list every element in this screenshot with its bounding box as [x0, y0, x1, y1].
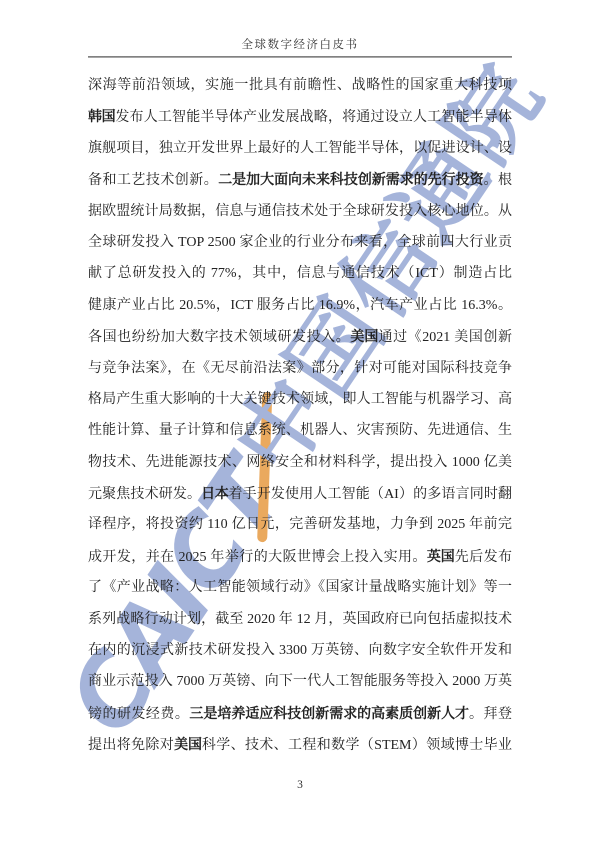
body-line: 旗舰项目，独立开发世界上最好的人工智能半导体，以促进设计、设 — [88, 133, 512, 164]
text-run: 英国 — [427, 548, 455, 564]
text-run: 献了总研发投入的 77%，其中，信息与通信技术（ICT）制造占比 23%， — [88, 266, 512, 289]
text-run: 镑的研发经费。 — [88, 707, 189, 722]
page-footer: 3 — [0, 779, 600, 791]
text-run: 深海等前沿领域，实施一批具有前瞻性、战略性的国家重大科技项目。 — [88, 78, 512, 101]
text-run: 据欧盟统计局数据，信息与通信技术处于全球研发投入核心地位。从 — [88, 204, 512, 219]
body-line: 格局产生重大影响的十大关键技术领域，即人工智能与机器学习、高 — [88, 384, 512, 415]
text-run: 与竞争法案》，在《无尽前沿法案》部分，针对可能对国际科技竞争 — [88, 361, 512, 376]
text-run: 各国也纷纷加大数字技术领域研发投入。 — [88, 330, 350, 345]
text-run: 发布人工智能半导体产业发展战略，将通过设立人工智能半导体 — [115, 110, 512, 125]
body-line: 物技术、先进能源技术、网络安全和材料科学，提出投入 1000 亿美 — [88, 447, 512, 478]
text-run: 美国 — [174, 736, 202, 752]
body-line: 健康产业占比 20.5%，ICT 服务占比 16.9%，汽车产业占比 16.3%… — [88, 290, 512, 321]
text-run: 美国 — [350, 328, 378, 344]
body-line: 商业示范投入 7000 万英镑、向下一代人工智能服务等投入 2000 万英 — [88, 666, 512, 697]
text-run: 成开发，并在 2025 年举行的大阪世博会上投入实用。 — [88, 550, 427, 565]
text-run: 提出将免除对 — [88, 738, 174, 753]
text-run: 商业示范投入 7000 万英镑、向下一代人工智能服务等投入 2000 万英 — [88, 674, 512, 689]
text-run: 了《产业战略：人工智能领域行动》《国家计量战略实施计划》等一 — [88, 580, 512, 595]
body-line: 据欧盟统计局数据，信息与通信技术处于全球研发投入核心地位。从 — [88, 196, 512, 227]
text-run: 旗舰项目，独立开发世界上最好的人工智能半导体，以促进设计、设 — [88, 141, 512, 156]
body-line: 系列战略行动计划，截至 2020 年 12 月，英国政府已向包括虚拟技术 — [88, 604, 512, 635]
page-number: 3 — [297, 779, 303, 791]
body-line: 元聚焦技术研发。日本着手开发使用人工智能（AI）的多语言同时翻 — [88, 478, 512, 509]
page-header: 全球数字经济白皮书 — [0, 36, 600, 52]
document-page: 全球数字经济白皮书 CAICT中国信通院 深海等前沿领域，实施一批具有前瞻性、战… — [0, 0, 600, 848]
body-line: 备和工艺技术创新。二是加大面向未来科技创新需求的先行投资。根 — [88, 164, 512, 195]
text-run: 译程序，将投资约 110 亿日元，完善研发基地，力争到 2025 年前完 — [88, 517, 512, 532]
body-line: 译程序，将投资约 110 亿日元，完善研发基地，力争到 2025 年前完 — [88, 509, 512, 540]
body-line: 全球研发投入 TOP 2500 家企业的行业分布来看，全球前四大行业贡 — [88, 227, 512, 258]
text-run: 全球研发投入 TOP 2500 家企业的行业分布来看，全球前四大行业贡 — [88, 235, 512, 250]
body-line: 深海等前沿领域，实施一批具有前瞻性、战略性的国家重大科技项目。 — [88, 70, 512, 101]
body-line: 性能计算、量子计算和信息系统、机器人、灾害预防、先进通信、生 — [88, 415, 512, 446]
header-title: 全球数字经济白皮书 — [242, 39, 359, 51]
text-run: 二是加大面向未来科技创新需求的先行投资 — [218, 171, 483, 187]
text-run: 韩国 — [88, 108, 115, 124]
text-run: 元聚焦技术研发。 — [88, 487, 201, 502]
text-run: 。根 — [484, 173, 512, 188]
text-run: 着手开发使用人工智能（AI）的多语言同时翻 — [228, 487, 512, 502]
text-run: 先后发布 — [455, 550, 512, 565]
text-run: 系列战略行动计划，截至 2020 年 12 月，英国政府已向包括虚拟技术 — [88, 612, 512, 627]
body-line: 韩国发布人工智能半导体产业发展战略，将通过设立人工智能半导体 — [88, 101, 512, 132]
text-run: 格局产生重大影响的十大关键技术领域，即人工智能与机器学习、高 — [88, 392, 512, 407]
text-run: 物技术、先进能源技术、网络安全和材料科学，提出投入 1000 亿美 — [88, 455, 512, 470]
text-run: 。拜登 — [469, 707, 512, 722]
body-line: 各国也纷纷加大数字技术领域研发投入。美国通过《2021 美国创新 — [88, 321, 512, 352]
body-line: 献了总研发投入的 77%，其中，信息与通信技术（ICT）制造占比 23%， — [88, 258, 512, 289]
text-run: 通过《2021 美国创新 — [379, 330, 513, 345]
text-run: 健康产业占比 20.5%，ICT 服务占比 16.9%，汽车产业占比 16.3%… — [88, 298, 512, 313]
text-run: 备和工艺技术创新。 — [88, 173, 218, 188]
body-line: 在内的沉浸式新技术研发投入 3300 万英镑、向数字安全软件开发和 — [88, 635, 512, 666]
body-line: 镑的研发经费。三是培养适应科技创新需求的高素质创新人才。拜登 — [88, 698, 512, 729]
header-rule — [88, 56, 512, 58]
text-run: 科学、技术、工程和数学（STEM）领域博士毕业 — [202, 738, 512, 753]
body-line: 了《产业战略：人工智能领域行动》《国家计量战略实施计划》等一 — [88, 572, 512, 603]
body-line: 成开发，并在 2025 年举行的大阪世博会上投入实用。英国先后发布 — [88, 541, 512, 572]
text-run: 在内的沉浸式新技术研发投入 3300 万英镑、向数字安全软件开发和 — [88, 643, 512, 658]
body-line: 提出将免除对美国科学、技术、工程和数学（STEM）领域博士毕业 — [88, 729, 512, 760]
body-line: 与竞争法案》，在《无尽前沿法案》部分，针对可能对国际科技竞争 — [88, 353, 512, 384]
text-run: 三是培养适应科技创新需求的高素质创新人才 — [189, 705, 469, 721]
body-text: 深海等前沿领域，实施一批具有前瞻性、战略性的国家重大科技项目。韩国发布人工智能半… — [88, 70, 512, 761]
text-run: 日本 — [201, 485, 228, 501]
text-run: 性能计算、量子计算和信息系统、机器人、灾害预防、先进通信、生 — [88, 423, 512, 438]
